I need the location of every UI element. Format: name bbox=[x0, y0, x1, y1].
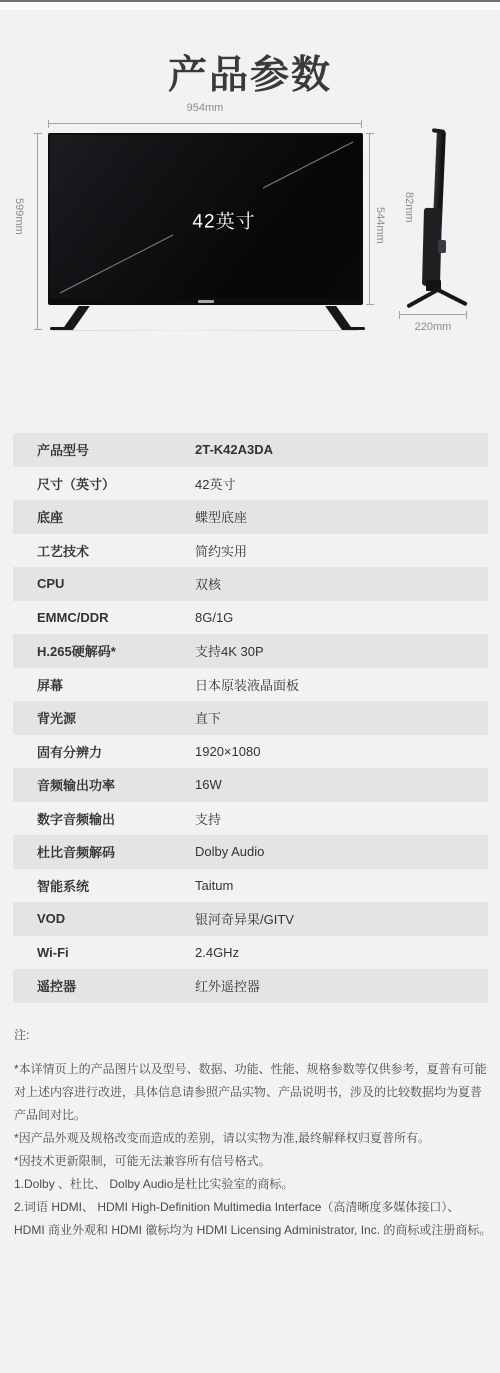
spec-row-memory: EMMC/DDR 8G/1G bbox=[13, 601, 488, 635]
footnotes-heading: 注: bbox=[14, 1024, 492, 1047]
spec-value: Taitum bbox=[195, 878, 488, 893]
footnote: *因技术更新限制，可能无法兼容所有信号格式。 bbox=[14, 1150, 492, 1173]
tv-side-right-leg bbox=[432, 286, 468, 307]
tv-side-top-cap bbox=[432, 128, 445, 134]
spec-row-dolby: 杜比音频解码 Dolby Audio bbox=[13, 835, 488, 869]
spec-row-os: 智能系统 Taitum bbox=[13, 869, 488, 903]
spec-label: 固有分辨力 bbox=[13, 742, 195, 761]
footnotes: 注: *本详情页上的产品图片以及型号、数据、功能、性能、规格参数等仅供参考，夏普… bbox=[14, 1024, 492, 1242]
spec-value: 1920×1080 bbox=[195, 744, 488, 759]
spec-label: 音频输出功率 bbox=[13, 775, 195, 794]
tv-front-view: 42英寸 bbox=[48, 133, 363, 305]
dimension-stand-depth-label: 220mm bbox=[394, 321, 472, 333]
spec-row-wifi: Wi-Fi 2.4GHz bbox=[13, 936, 488, 970]
spec-label: 底座 bbox=[13, 507, 195, 526]
spec-table: 产品型号 2T-K42A3DA 尺寸（英寸） 42英寸 底座 蝶型底座 工艺技术… bbox=[13, 433, 488, 1003]
footnote: *本详情页上的产品图片以及型号、数据、功能、性能、规格参数等仅供参考，夏普有可能… bbox=[14, 1058, 492, 1127]
spec-row-stand: 底座 蝶型底座 bbox=[13, 500, 488, 534]
spec-value: 16W bbox=[195, 777, 488, 792]
spec-value: 简约实用 bbox=[195, 541, 488, 560]
floor-shadow-line bbox=[52, 330, 358, 331]
footnote: 1.Dolby 、杜比、 Dolby Audio是杜比实验室的商标。 bbox=[14, 1173, 492, 1196]
spec-value: 42英寸 bbox=[195, 474, 488, 493]
spec-value: 直下 bbox=[195, 708, 488, 727]
spec-value: 红外遥控器 bbox=[195, 976, 488, 995]
dimension-width-label: 954mm bbox=[48, 102, 362, 114]
dimension-stand-depth-line bbox=[399, 314, 467, 315]
spec-label: 产品型号 bbox=[13, 440, 195, 459]
tv-side-mount-clamp bbox=[438, 240, 446, 253]
tv-front-left-leg bbox=[62, 306, 90, 330]
spec-row-vod: VOD 银河奇异果/GITV bbox=[13, 902, 488, 936]
spec-row-audio-power: 音频输出功率 16W bbox=[13, 768, 488, 802]
spec-value: 双核 bbox=[195, 574, 488, 593]
spec-row-panel: 屏幕 日本原装液晶面板 bbox=[13, 668, 488, 702]
spec-row-remote: 遥控器 红外遥控器 bbox=[13, 969, 488, 1003]
spec-label: 屏幕 bbox=[13, 675, 195, 694]
spec-row-digital-audio: 数字音频输出 支持 bbox=[13, 802, 488, 836]
spec-label: H.265硬解码* bbox=[13, 641, 195, 660]
dimension-depth-label: 82mm bbox=[403, 192, 415, 223]
top-white-strip bbox=[0, 2, 500, 10]
spec-label: 工艺技术 bbox=[13, 541, 195, 560]
spec-value: 8G/1G bbox=[195, 610, 488, 625]
spec-label: 尺寸（英寸） bbox=[13, 474, 195, 493]
spec-row-h265: H.265硬解码* 支持4K 30P bbox=[13, 634, 488, 668]
spec-value: 支持4K 30P bbox=[195, 641, 488, 660]
spec-value: 银河奇异果/GITV bbox=[195, 909, 488, 928]
spec-value: 2.4GHz bbox=[195, 945, 488, 960]
footnote: 2.词语 HDMI、 HDMI High-Definition Multimed… bbox=[14, 1196, 492, 1242]
dimension-screen-height-line bbox=[369, 133, 370, 305]
spec-label: VOD bbox=[13, 911, 195, 926]
spec-label: Wi-Fi bbox=[13, 945, 195, 960]
spec-label: CPU bbox=[13, 576, 195, 591]
spec-value: 2T-K42A3DA bbox=[195, 442, 488, 457]
spec-row-cpu: CPU 双核 bbox=[13, 567, 488, 601]
page-title: 产品参数 bbox=[0, 44, 500, 100]
spec-label: 杜比音频解码 bbox=[13, 842, 195, 861]
spec-row-model: 产品型号 2T-K42A3DA bbox=[13, 433, 488, 467]
spec-value: 蝶型底座 bbox=[195, 507, 488, 526]
dimension-width-line bbox=[48, 123, 362, 124]
tv-screen: 42英寸 bbox=[50, 135, 361, 298]
spec-value: Dolby Audio bbox=[195, 844, 488, 859]
spec-row-backlight: 背光源 直下 bbox=[13, 701, 488, 735]
dimension-overall-height-label: 599mm bbox=[13, 198, 25, 235]
dimension-screen-height-label: 544mm bbox=[374, 207, 386, 244]
spec-label: 智能系统 bbox=[13, 876, 195, 895]
spec-row-size: 尺寸（英寸） 42英寸 bbox=[13, 467, 488, 501]
spec-label: EMMC/DDR bbox=[13, 610, 195, 625]
dimension-overall-height-line bbox=[37, 133, 38, 330]
spec-label: 背光源 bbox=[13, 708, 195, 727]
screen-size-label: 42英寸 bbox=[192, 207, 255, 234]
footnote: *因产品外观及规格改变而造成的差别，请以实物为准,最终解释权归夏普所有。 bbox=[14, 1127, 492, 1150]
brand-logo bbox=[198, 300, 214, 303]
spec-row-craft: 工艺技术 简约实用 bbox=[13, 534, 488, 568]
spec-value: 日本原装液晶面板 bbox=[195, 675, 488, 694]
spec-label: 数字音频输出 bbox=[13, 809, 195, 828]
spec-label: 遥控器 bbox=[13, 976, 195, 995]
tv-dimension-diagram: 954mm 599mm 544mm 42英寸 bbox=[0, 100, 500, 350]
product-spec-page: 产品参数 954mm 599mm 544mm 42英寸 bbox=[0, 0, 500, 1373]
spec-row-resolution: 固有分辨力 1920×1080 bbox=[13, 735, 488, 769]
spec-value: 支持 bbox=[195, 809, 488, 828]
